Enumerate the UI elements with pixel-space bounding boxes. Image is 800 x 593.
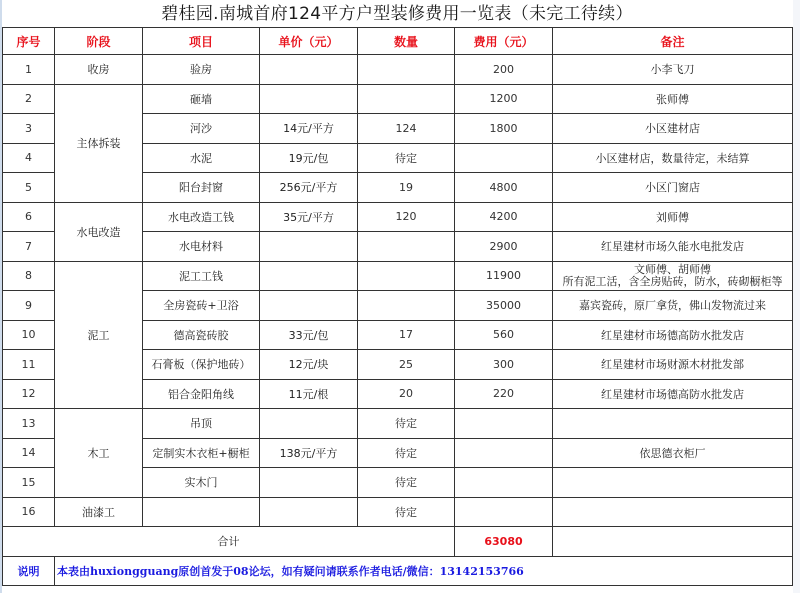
table-row: 13 木工 吊顶 待定 (3, 409, 793, 439)
sheet-right-gridline-area (793, 0, 800, 593)
cell-seq[interactable]: 8 (3, 261, 55, 291)
cell-remark[interactable]: 张师傅 (553, 84, 793, 114)
table-row: 6 水电改造 水电改造工钱 35元/平方 120 4200 刘师傅 (3, 202, 793, 232)
total-label[interactable]: 合计 (3, 527, 455, 557)
cell-seq[interactable]: 4 (3, 143, 55, 173)
cell-seq[interactable]: 10 (3, 320, 55, 350)
remark-line-2: 所有泥工活，含全房贴砖，防水，砖砌橱柜等 (553, 276, 792, 288)
cell-seq[interactable]: 6 (3, 202, 55, 232)
cell-unit-price[interactable]: 138元/平方 (260, 438, 358, 468)
total-row: 合计 63080 (3, 527, 793, 557)
cell-remark[interactable]: 小区门窗店 (553, 173, 793, 203)
cell-seq[interactable]: 3 (3, 114, 55, 144)
cell-seq[interactable]: 7 (3, 232, 55, 262)
cell-cost[interactable] (455, 468, 553, 498)
header-stage[interactable]: 阶段 (55, 28, 143, 55)
cell-quantity[interactable]: 25 (358, 350, 455, 380)
cell-cost[interactable]: 11900 (455, 261, 553, 291)
cell-cost[interactable] (455, 409, 553, 439)
cell-item[interactable]: 河沙 (143, 114, 260, 144)
notice-label[interactable]: 说明 (3, 556, 55, 586)
cell-unit-price[interactable] (260, 261, 358, 291)
cell-stage[interactable]: 水电改造 (55, 202, 143, 261)
table-row: 2 主体拆装 砸墙 1200 张师傅 (3, 84, 793, 114)
header-remark[interactable]: 备注 (553, 28, 793, 55)
total-remark[interactable] (553, 527, 793, 557)
cell-seq[interactable]: 13 (3, 409, 55, 439)
cell-remark[interactable] (553, 497, 793, 527)
cell-item[interactable]: 水电改造工钱 (143, 202, 260, 232)
header-item[interactable]: 项目 (143, 28, 260, 55)
cell-remark[interactable]: 嘉宾瓷砖，原厂拿货，佛山发物流过来 (553, 291, 793, 321)
cell-cost[interactable]: 4800 (455, 173, 553, 203)
cell-seq[interactable]: 15 (3, 468, 55, 498)
cell-cost[interactable] (455, 497, 553, 527)
cell-remark[interactable]: 小区建材店 (553, 114, 793, 144)
cell-seq[interactable]: 1 (3, 55, 55, 85)
cell-item[interactable]: 吊顶 (143, 409, 260, 439)
cell-unit-price[interactable]: 35元/平方 (260, 202, 358, 232)
cell-stage[interactable]: 泥工 (55, 261, 143, 409)
cell-item[interactable]: 水泥 (143, 143, 260, 173)
cell-remark[interactable]: 红星建材市场德高防水批发店 (553, 379, 793, 409)
cell-quantity[interactable]: 待定 (358, 409, 455, 439)
cell-remark[interactable]: 红星建材市场德高防水批发店 (553, 320, 793, 350)
cell-cost[interactable]: 2900 (455, 232, 553, 262)
cell-quantity[interactable]: 待定 (358, 497, 455, 527)
cell-item[interactable]: 德高瓷砖胶 (143, 320, 260, 350)
cell-unit-price[interactable] (260, 55, 358, 85)
cell-cost[interactable]: 200 (455, 55, 553, 85)
cell-quantity[interactable]: 17 (358, 320, 455, 350)
cell-unit-price[interactable] (260, 291, 358, 321)
cell-remark[interactable]: 红星建材市场久能水电批发店 (553, 232, 793, 262)
cell-stage[interactable]: 主体拆装 (55, 84, 143, 202)
cell-unit-price[interactable]: 256元/平方 (260, 173, 358, 203)
cell-quantity[interactable]: 待定 (358, 438, 455, 468)
header-row: 序号 阶段 项目 单价（元） 数量 费用（元） 备注 (3, 28, 793, 55)
cell-seq[interactable]: 14 (3, 438, 55, 468)
cell-unit-price[interactable] (260, 468, 358, 498)
cell-item[interactable] (143, 497, 260, 527)
cell-stage[interactable]: 油漆工 (55, 497, 143, 527)
cell-unit-price[interactable] (260, 232, 358, 262)
cell-unit-price[interactable] (260, 409, 358, 439)
header-unit-price[interactable]: 单价（元） (260, 28, 358, 55)
cell-quantity[interactable] (358, 55, 455, 85)
cell-quantity[interactable] (358, 291, 455, 321)
cell-unit-price[interactable]: 14元/平方 (260, 114, 358, 144)
total-value[interactable]: 63080 (455, 527, 553, 557)
cell-quantity[interactable] (358, 84, 455, 114)
remark-line-1: 文师傅、胡师傅 (553, 264, 792, 276)
cell-remark[interactable]: 小区建材店，数量待定，未结算 (553, 143, 793, 173)
cell-item[interactable]: 全房瓷砖+卫浴 (143, 291, 260, 321)
cell-seq[interactable]: 2 (3, 84, 55, 114)
cell-cost[interactable]: 4200 (455, 202, 553, 232)
cell-item[interactable]: 泥工工钱 (143, 261, 260, 291)
cell-item[interactable]: 铝合金阳角线 (143, 379, 260, 409)
cell-quantity[interactable] (358, 261, 455, 291)
cell-item[interactable]: 实木门 (143, 468, 260, 498)
cell-cost[interactable]: 1800 (455, 114, 553, 144)
cell-stage[interactable]: 收房 (55, 55, 143, 85)
cell-cost[interactable] (455, 438, 553, 468)
cell-cost[interactable]: 220 (455, 379, 553, 409)
cell-seq[interactable]: 5 (3, 173, 55, 203)
cell-quantity[interactable]: 待定 (358, 468, 455, 498)
cell-remark[interactable] (553, 409, 793, 439)
cell-seq[interactable]: 11 (3, 350, 55, 380)
cell-quantity[interactable]: 124 (358, 114, 455, 144)
cell-item[interactable]: 验房 (143, 55, 260, 85)
cell-remark[interactable]: 红星建材市场财源木材批发部 (553, 350, 793, 380)
cell-cost[interactable]: 300 (455, 350, 553, 380)
cell-item[interactable]: 阳台封窗 (143, 173, 260, 203)
cell-cost[interactable]: 1200 (455, 84, 553, 114)
cell-unit-price[interactable]: 11元/根 (260, 379, 358, 409)
cell-unit-price[interactable] (260, 84, 358, 114)
cell-item[interactable]: 水电材料 (143, 232, 260, 262)
cell-quantity[interactable] (358, 232, 455, 262)
cell-remark[interactable] (553, 468, 793, 498)
sheet-title: 碧桂园.南城首府124平方户型装修费用一览表（未完工待续） (2, 0, 792, 28)
cell-stage[interactable]: 木工 (55, 409, 143, 498)
cell-unit-price[interactable]: 12元/块 (260, 350, 358, 380)
cell-remark[interactable]: 文师傅、胡师傅 所有泥工活，含全房贴砖，防水，砖砌橱柜等 (553, 261, 793, 291)
cell-seq[interactable]: 9 (3, 291, 55, 321)
table-row: 1 收房 验房 200 小李飞刀 (3, 55, 793, 85)
table-row: 8 泥工 泥工工钱 11900 文师傅、胡师傅 所有泥工活，含全房贴砖，防水，砖… (3, 261, 793, 291)
table-row: 16 油漆工 待定 (3, 497, 793, 527)
cell-item[interactable]: 石膏板（保护地砖） (143, 350, 260, 380)
cell-quantity[interactable]: 待定 (358, 143, 455, 173)
cell-seq[interactable]: 16 (3, 497, 55, 527)
notice-text[interactable]: 本表由huxiongguang原创首发于08论坛，如有疑问请联系作者电话/微信：… (55, 556, 793, 586)
header-quantity[interactable]: 数量 (358, 28, 455, 55)
cell-remark[interactable]: 依思德衣柜厂 (553, 438, 793, 468)
cell-remark[interactable]: 刘师傅 (553, 202, 793, 232)
cell-item[interactable]: 定制实木衣柜+橱柜 (143, 438, 260, 468)
cell-quantity[interactable]: 19 (358, 173, 455, 203)
cell-unit-price[interactable]: 33元/包 (260, 320, 358, 350)
cell-remark[interactable]: 小李飞刀 (553, 55, 793, 85)
cell-cost[interactable]: 35000 (455, 291, 553, 321)
cell-quantity[interactable]: 20 (358, 379, 455, 409)
cell-unit-price[interactable]: 19元/包 (260, 143, 358, 173)
header-cost[interactable]: 费用（元） (455, 28, 553, 55)
cell-unit-price[interactable] (260, 497, 358, 527)
cell-cost[interactable] (455, 143, 553, 173)
cost-table: 序号 阶段 项目 单价（元） 数量 费用（元） 备注 1 收房 验房 200 小… (2, 27, 793, 586)
header-seq[interactable]: 序号 (3, 28, 55, 55)
cell-item[interactable]: 砸墙 (143, 84, 260, 114)
cell-quantity[interactable]: 120 (358, 202, 455, 232)
cell-seq[interactable]: 12 (3, 379, 55, 409)
cell-cost[interactable]: 560 (455, 320, 553, 350)
notice-row: 说明 本表由huxiongguang原创首发于08论坛，如有疑问请联系作者电话/… (3, 556, 793, 586)
